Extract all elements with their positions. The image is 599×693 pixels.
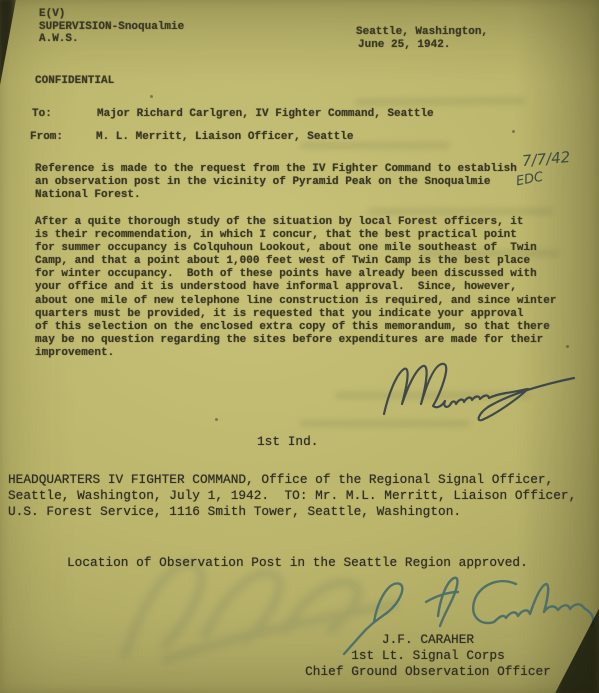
endorsement-label: 1st Ind. [257,434,318,450]
letterhead-date: June 25, 1942. [358,39,450,52]
to-label: To: [32,108,52,121]
approval-line: Location of Observation Post in the Seat… [67,555,528,571]
to-value: Major Richard Carlgren, IV Fighter Comma… [97,108,434,121]
margin-annotation-initials: EDC [515,170,545,190]
dust-speck [512,130,515,133]
dust-speck [566,345,569,348]
margin-annotation-date: 7/7/42 [521,148,571,170]
dust-speck [150,95,153,98]
scan-corner-shadow [0,0,17,112]
paragraph-reference: Reference is made to the request from th… [35,163,517,202]
file-reference-block: E(V) SUPERVISION-Snoqualmie A.W.S. [39,8,184,46]
paragraph-main: After a quite thorough study of the situ… [35,216,557,360]
letterhead-place: Seattle, Washington, [356,26,488,39]
scanned-memo-page: E(V) SUPERVISION-Snoqualmie A.W.S. Seatt… [0,0,599,693]
from-value: M. L. Merritt, Liaison Officer, Seattle [96,131,353,144]
caraher-signature [340,572,598,656]
bleedthrough-smudge [355,97,525,105]
from-label: From: [30,131,63,144]
classification-stamp: CONFIDENTIAL [35,75,114,88]
bleedthrough-smudge [368,208,553,215]
merritt-signature [378,356,583,428]
endorsement-paragraph: HEADQUARTERS IV FIGHTER COMMAND, Office … [8,472,576,520]
dust-speck [215,418,218,421]
signer-title: Chief Ground Observation Officer [260,664,596,680]
